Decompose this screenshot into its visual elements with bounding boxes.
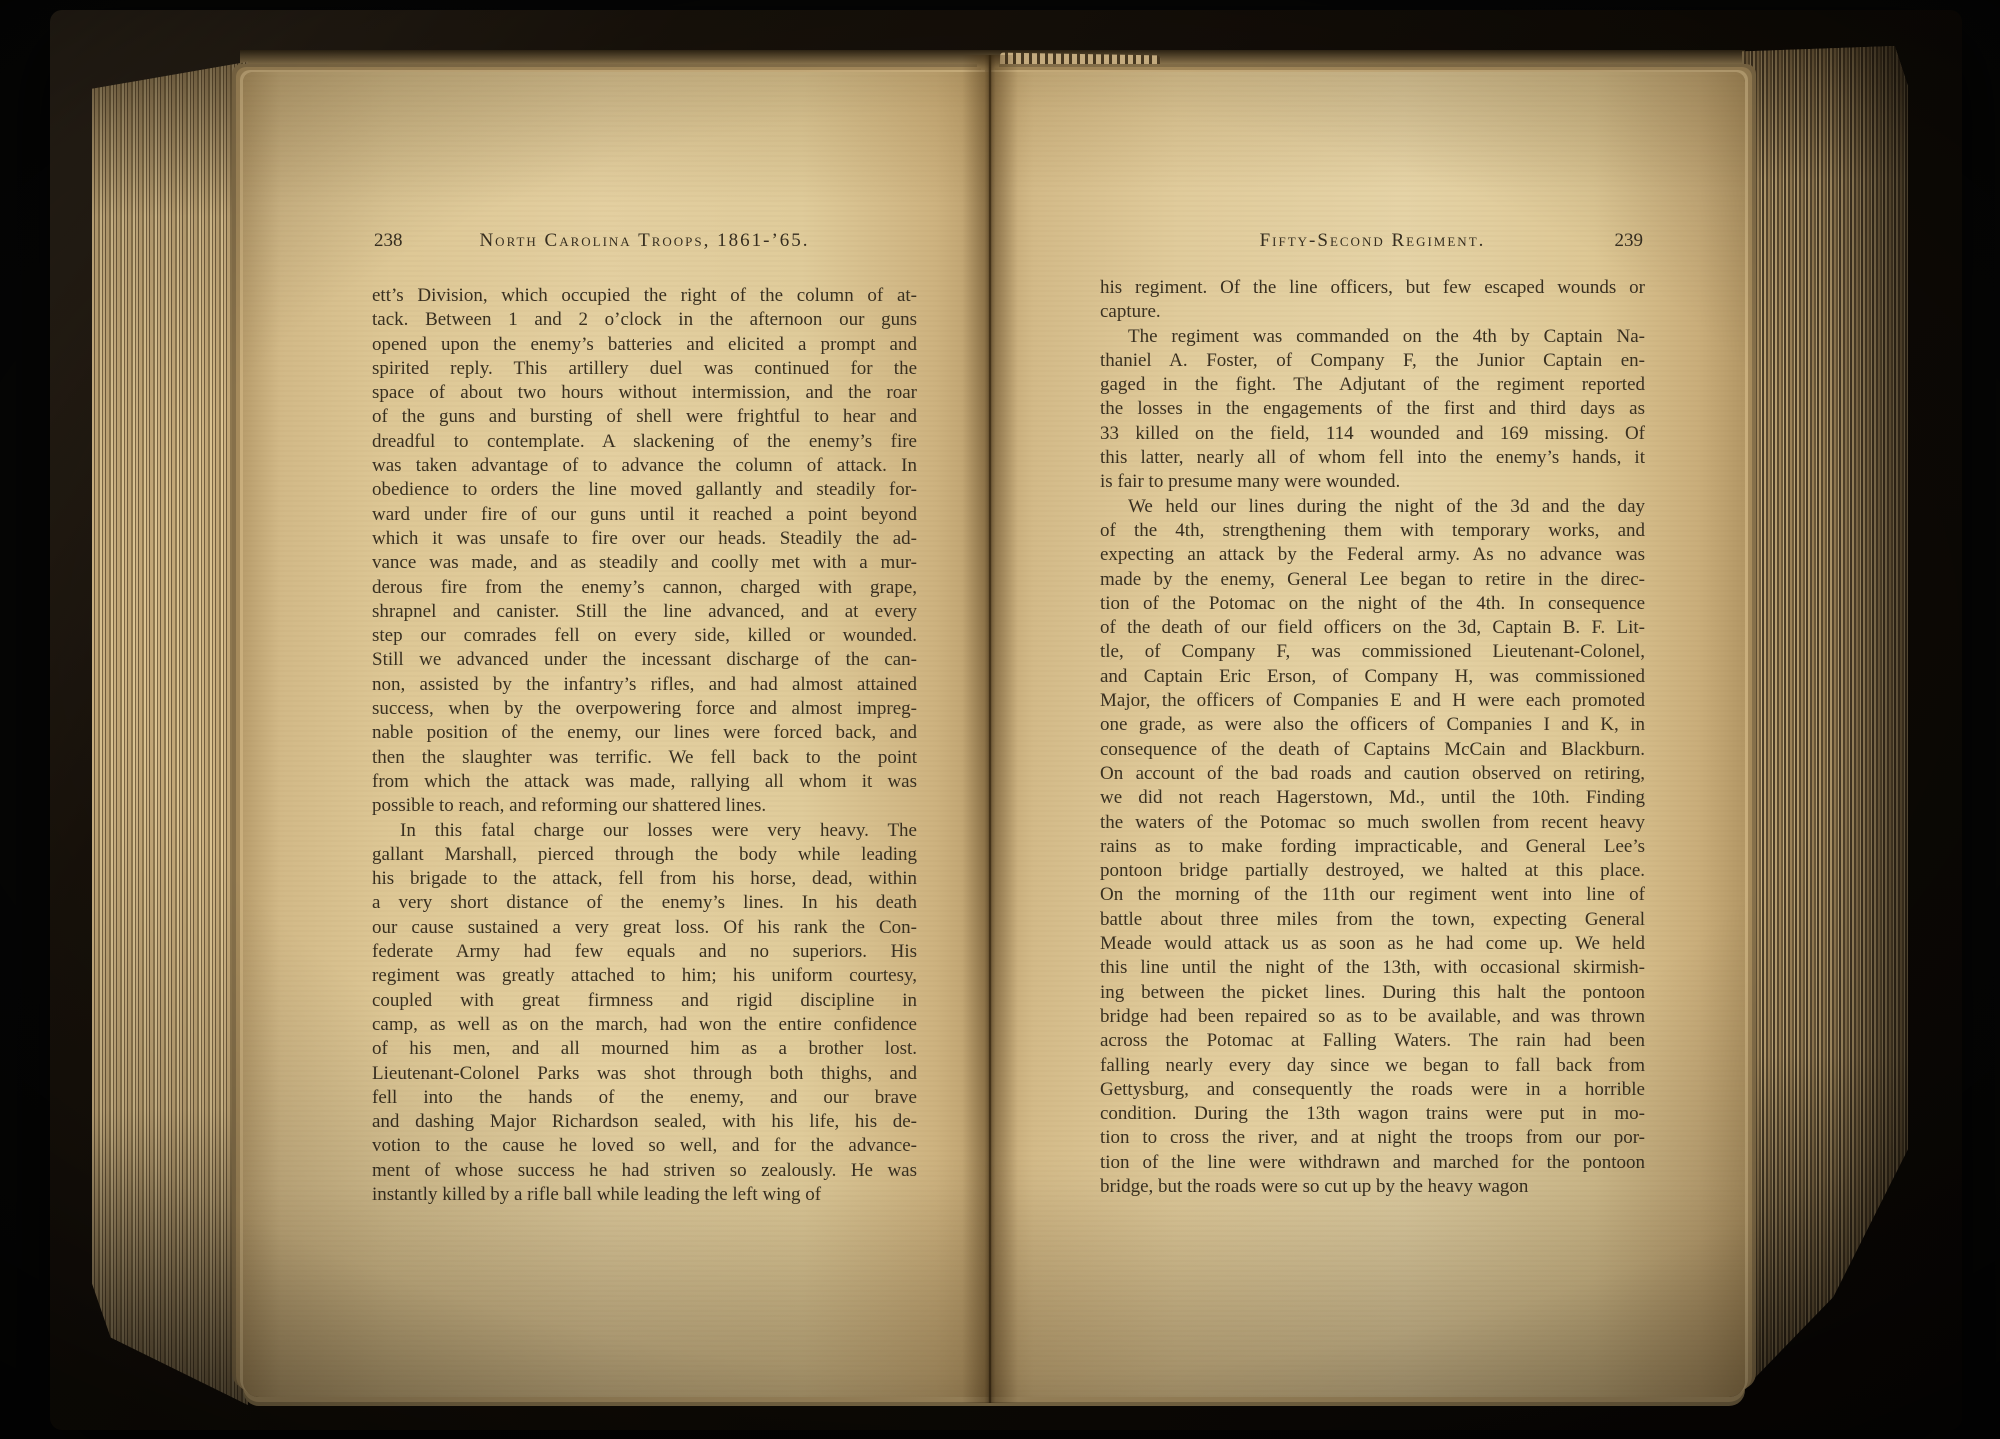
text-line: obedience to orders the line moved galla…	[372, 478, 917, 502]
text-line: is fair to presume many were wounded.	[1100, 470, 1645, 494]
text-line: regiment was greatly attached to him; hi…	[372, 964, 917, 988]
text-line: vance was made, and as steadily and cool…	[372, 551, 917, 575]
text-line: and dashing Major Richardson sealed, wit…	[372, 1110, 917, 1134]
text-line: consequence of the death of Captains McC…	[1100, 738, 1645, 762]
text-line: We held our lines during the night of th…	[1100, 495, 1645, 519]
text-line: ing between the picket lines. During thi…	[1100, 981, 1645, 1005]
right-page-header: Fifty-Second Regiment. 239	[1100, 230, 1645, 258]
text-line: Major, the officers of Companies E and H…	[1100, 689, 1645, 713]
text-line: his regiment. Of the line officers, but …	[1100, 276, 1645, 300]
text-line: made by the enemy, General Lee began to …	[1100, 568, 1645, 592]
text-line: thaniel A. Foster, of Company F, the Jun…	[1100, 349, 1645, 373]
right-running-title: Fifty-Second Regiment.	[1100, 230, 1645, 252]
text-line: coupled with great firmness and rigid di…	[372, 989, 917, 1013]
text-line: The regiment was commanded on the 4th by…	[1100, 325, 1645, 349]
page-stack-left-edge	[92, 55, 248, 1405]
text-line: we did not reach Hagerstown, Md., until …	[1100, 786, 1645, 810]
text-line: Still we advanced under the incessant di…	[372, 648, 917, 672]
text-line: ment of whose success he had striven so …	[372, 1159, 917, 1183]
text-line: federate Army had few equals and no supe…	[372, 940, 917, 964]
text-line: of the guns and bursting of shell were f…	[372, 405, 917, 429]
text-line: of the death of our field officers on th…	[1100, 616, 1645, 640]
right-page: Fifty-Second Regiment. 239 his regiment.…	[988, 72, 1745, 1397]
text-line: the losses in the engagements of the fir…	[1100, 397, 1645, 421]
left-page: 238 North Carolina Troops, 1861-’65. ett…	[243, 72, 988, 1397]
text-line: success, when by the overpowering force …	[372, 697, 917, 721]
text-line: ward under fire of our guns until it rea…	[372, 503, 917, 527]
text-line: Lieutenant-Colonel Parks was shot throug…	[372, 1062, 917, 1086]
text-line: tion of the line were withdrawn and marc…	[1100, 1151, 1645, 1175]
text-line: ett’s Division, which occupied the right…	[372, 284, 917, 308]
text-line: this latter, nearly all of whom fell int…	[1100, 446, 1645, 470]
text-line: capture.	[1100, 300, 1645, 324]
text-line: condition. During the 13th wagon trains …	[1100, 1102, 1645, 1126]
text-line: camp, as well as on the march, had won t…	[372, 1013, 917, 1037]
left-page-body: ett’s Division, which occupied the right…	[372, 284, 917, 1207]
text-line: of the 4th, strengthening them with temp…	[1100, 519, 1645, 543]
text-line: which it was unsafe to fire over our hea…	[372, 527, 917, 551]
text-line: shrapnel and canister. Still the line ad…	[372, 600, 917, 624]
text-line: gaged in the fight. The Adjutant of the …	[1100, 373, 1645, 397]
text-line: across the Potomac at Falling Waters. Th…	[1100, 1029, 1645, 1053]
text-line: rains as to make fording impracticable, …	[1100, 835, 1645, 859]
text-line: nable position of the enemy, our lines w…	[372, 721, 917, 745]
text-line: In this fatal charge our losses were ver…	[372, 819, 917, 843]
text-line: a very short distance of the enemy’s lin…	[372, 891, 917, 915]
headband-stitching	[1000, 53, 1160, 74]
text-line: Gettysburg, and consequently the roads w…	[1100, 1078, 1645, 1102]
text-line: tion to cross the river, and at night th…	[1100, 1126, 1645, 1150]
text-line: of his men, and all mourned him as a bro…	[372, 1037, 917, 1061]
text-line: falling nearly every day since we began …	[1100, 1054, 1645, 1078]
right-page-body: his regiment. Of the line officers, but …	[1100, 276, 1645, 1199]
text-line: votion to the cause he loved so well, an…	[372, 1134, 917, 1158]
text-line: our cause sustained a very great loss. O…	[372, 916, 917, 940]
text-line: this line until the night of the 13th, w…	[1100, 956, 1645, 980]
text-line: On account of the bad roads and caution …	[1100, 762, 1645, 786]
text-line: tle, of Company F, was commissioned Lieu…	[1100, 640, 1645, 664]
text-line: Meade would attack us as soon as he had …	[1100, 932, 1645, 956]
text-line: bridge had been repaired so as to be ava…	[1100, 1005, 1645, 1029]
text-line: expecting an attack by the Federal army.…	[1100, 543, 1645, 567]
text-line: tack. Between 1 and 2 o’clock in the aft…	[372, 308, 917, 332]
text-line: then the slaughter was terrific. We fell…	[372, 746, 917, 770]
text-line: space of about two hours without intermi…	[372, 381, 917, 405]
left-page-header: 238 North Carolina Troops, 1861-’65.	[372, 230, 917, 258]
text-line: tion of the Potomac on the night of the …	[1100, 592, 1645, 616]
text-line: and Captain Eric Erson, of Company H, wa…	[1100, 665, 1645, 689]
left-running-title: North Carolina Troops, 1861-’65.	[372, 230, 917, 252]
right-page-number: 239	[1615, 230, 1644, 252]
text-line: derous fire from the enemy’s cannon, cha…	[372, 576, 917, 600]
text-line: one grade, as were also the officers of …	[1100, 713, 1645, 737]
text-line: instantly killed by a rifle ball while l…	[372, 1183, 917, 1207]
book-photo: 238 North Carolina Troops, 1861-’65. ett…	[0, 0, 2000, 1439]
text-line: from which the attack was made, rallying…	[372, 770, 917, 794]
text-line: fell into the hands of the enemy, and ou…	[372, 1086, 917, 1110]
text-line: dreadful to contemplate. A slackening of…	[372, 430, 917, 454]
text-line: was taken advantage of to advance the co…	[372, 454, 917, 478]
text-line: On the morning of the 11th our regiment …	[1100, 883, 1645, 907]
text-line: gallant Marshall, pierced through the bo…	[372, 843, 917, 867]
text-line: possible to reach, and reforming our sha…	[372, 794, 917, 818]
text-line: bridge, but the roads were so cut up by …	[1100, 1175, 1645, 1199]
text-line: non, assisted by the infantry’s rifles, …	[372, 673, 917, 697]
text-line: battle about three miles from the town, …	[1100, 908, 1645, 932]
text-line: his brigade to the attack, fell from his…	[372, 867, 917, 891]
page-stack-right-edge	[1742, 46, 1908, 1391]
text-line: pontoon bridge partially destroyed, we h…	[1100, 859, 1645, 883]
text-line: opened upon the enemy’s batteries and el…	[372, 333, 917, 357]
text-line: the waters of the Potomac so much swolle…	[1100, 811, 1645, 835]
left-page-number: 238	[374, 230, 403, 252]
text-line: spirited reply. This artillery duel was …	[372, 357, 917, 381]
text-line: step our comrades fell on every side, ki…	[372, 624, 917, 648]
text-line: 33 killed on the field, 114 wounded and …	[1100, 422, 1645, 446]
